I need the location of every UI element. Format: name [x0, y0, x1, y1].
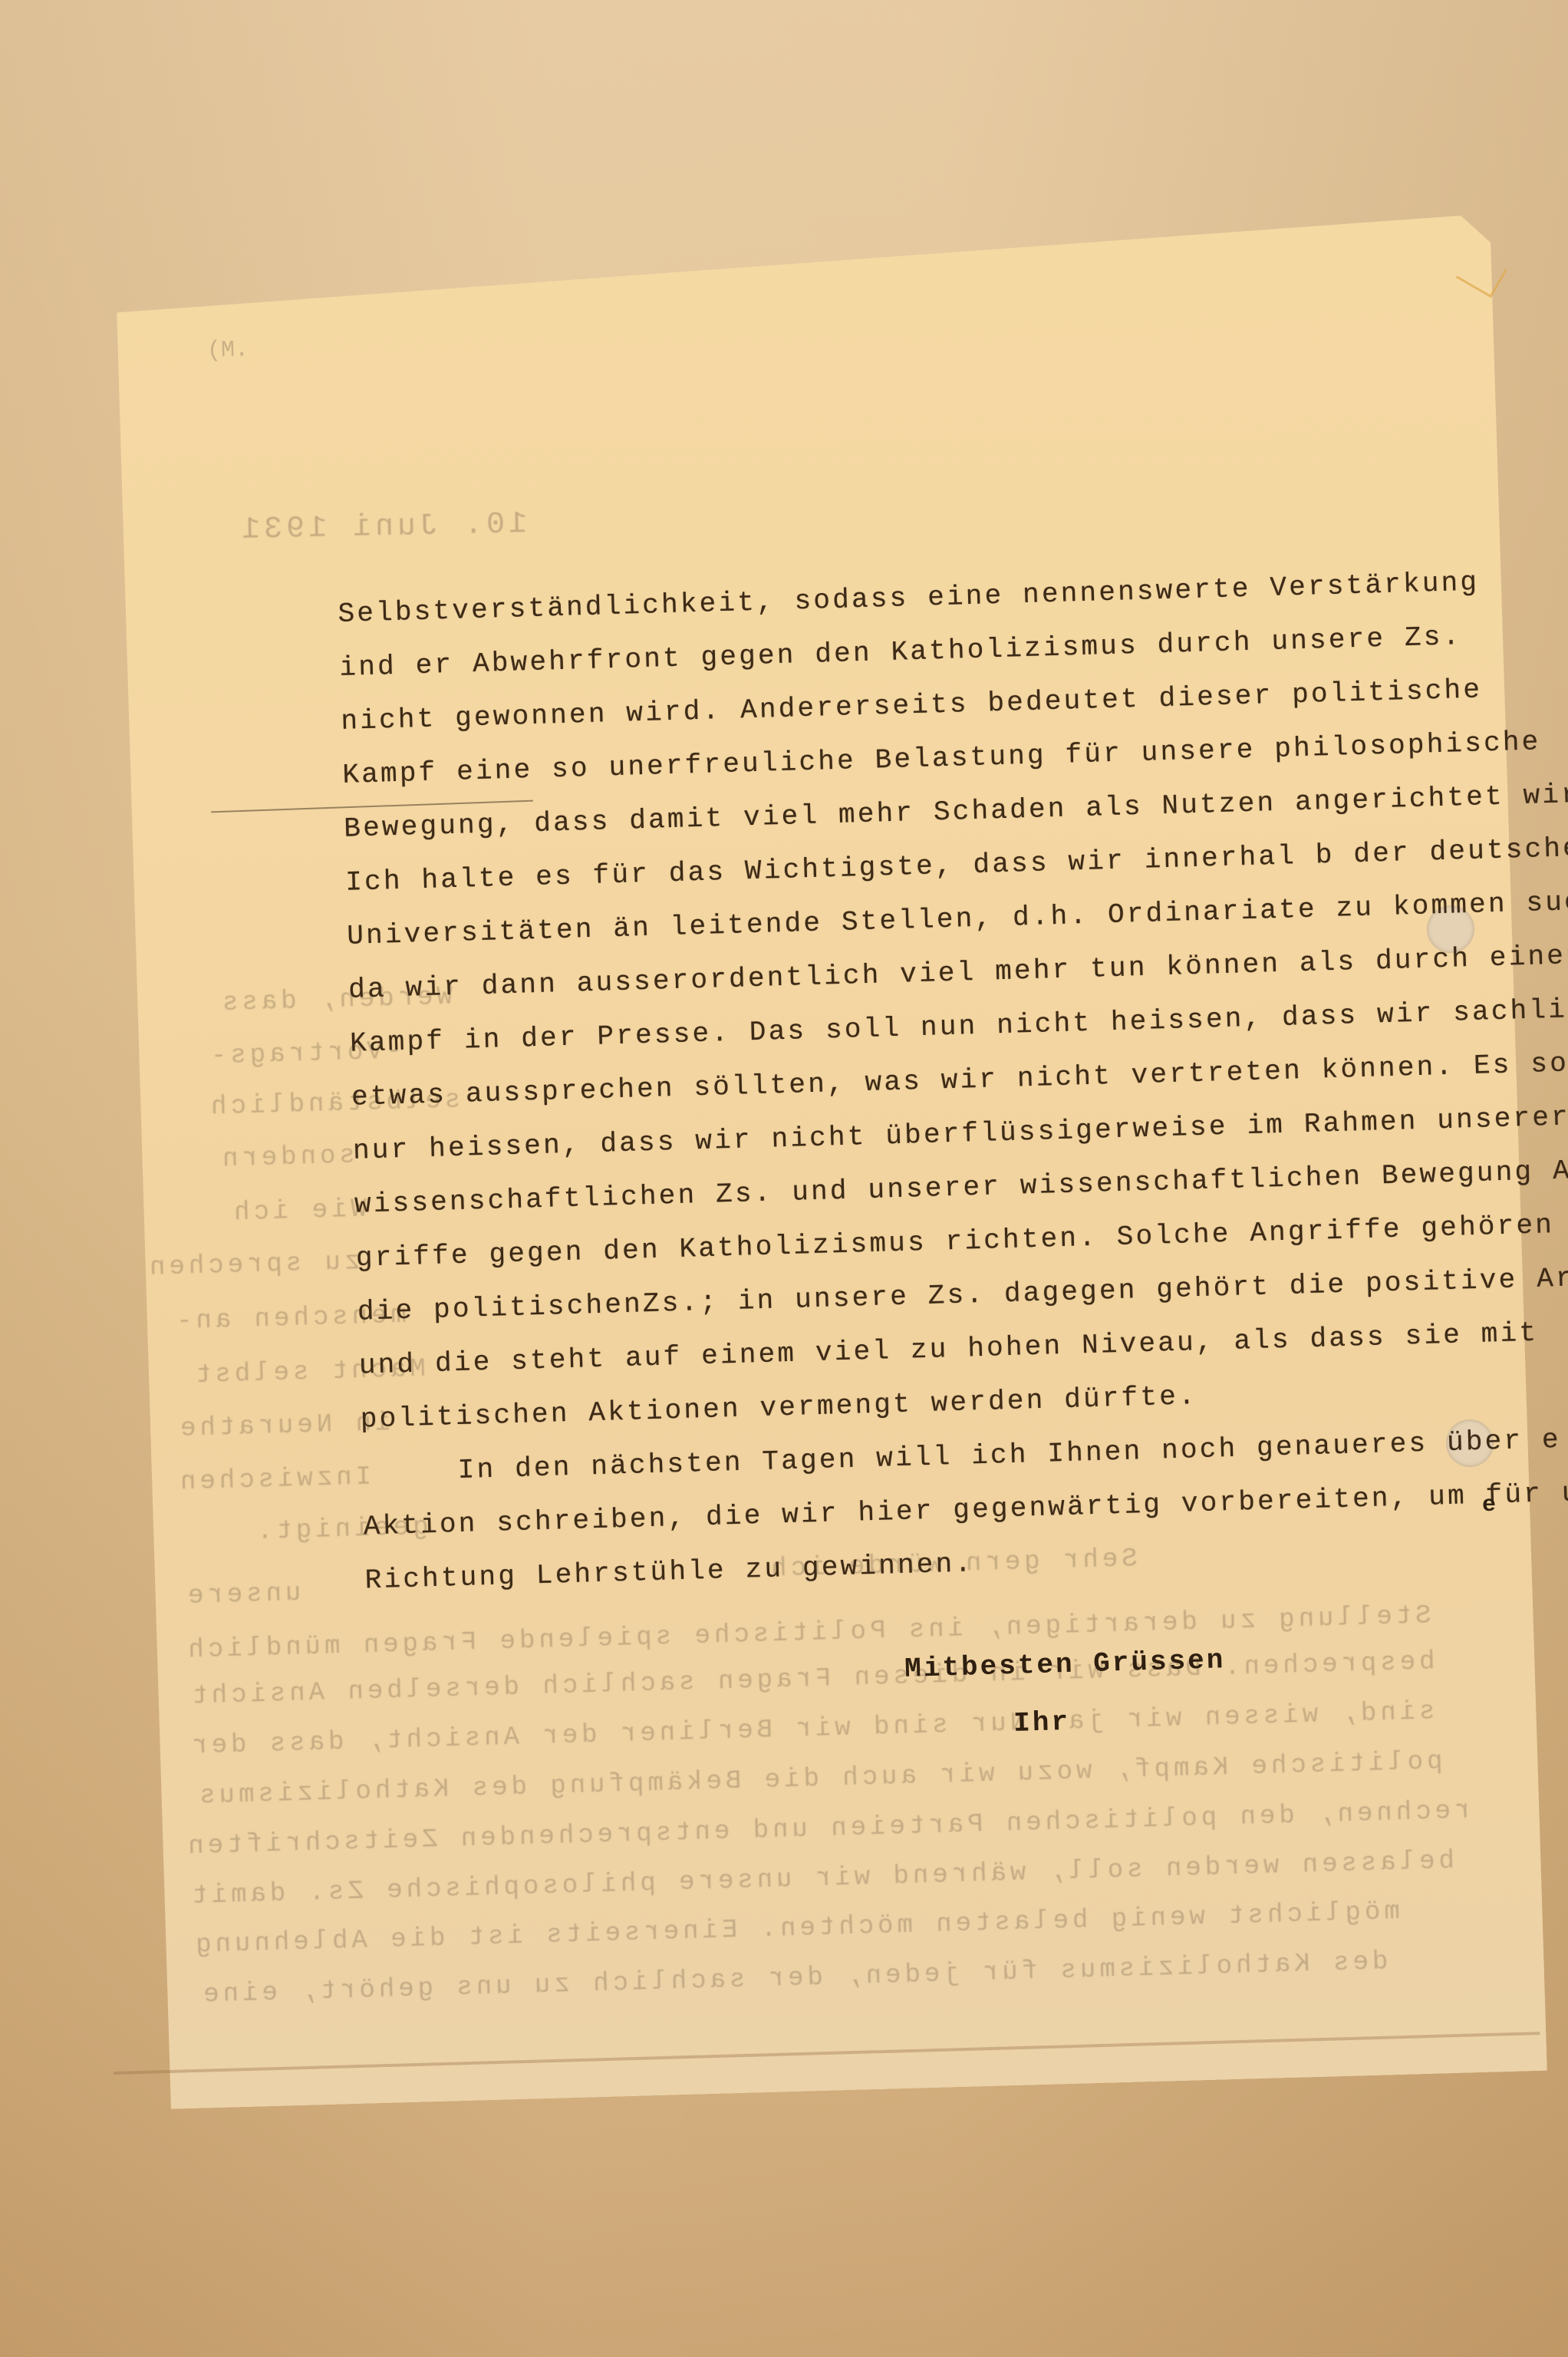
bleed-margin-line: sondern	[219, 1142, 356, 1175]
bleed-through-date: 10. Juni 1931	[238, 507, 528, 548]
signature-ihr: Ihr	[1013, 1706, 1071, 1739]
bleed-margin-line: Wie ich	[230, 1195, 367, 1228]
pencil-annotation: (M.	[207, 337, 249, 364]
bleed-margin-line: zu sprechen	[146, 1248, 361, 1283]
margin-correction: e	[1482, 1492, 1496, 1518]
bleed-lower-line: unsere	[183, 1579, 301, 1611]
bleed-margin-line: Inzwischen	[176, 1462, 372, 1497]
bleed-margin-line: in Neurathe	[176, 1409, 391, 1444]
